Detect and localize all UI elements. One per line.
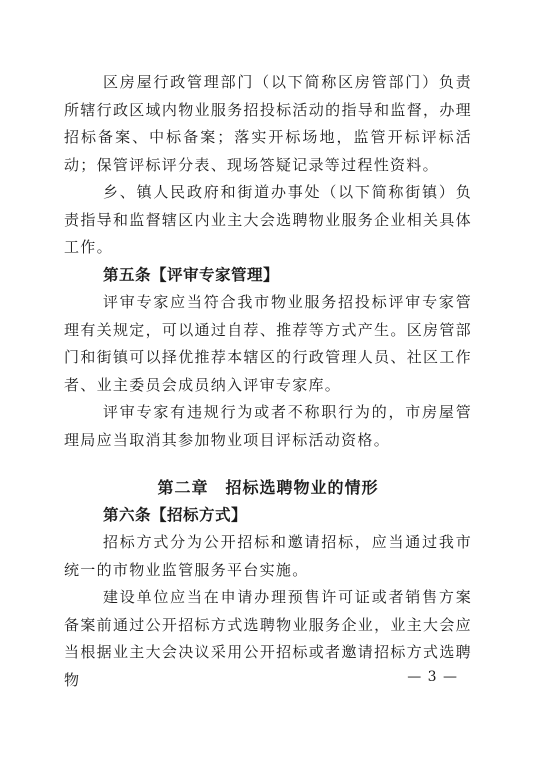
article-heading-article-6: 第六条【招标方式】 bbox=[64, 502, 472, 530]
page-number: — 3 — bbox=[407, 668, 458, 686]
document-body: 区房屋行政管理部门（以下简称区房管部门）负责所辖行政区域内物业服务招投标活动的指… bbox=[64, 69, 472, 694]
paragraph-bidding-methods: 招标方式分为公开招标和邀请招标，应当通过我市统一的市物业监管服务平台实施。 bbox=[64, 529, 472, 584]
paragraph-expert-qualification: 评审专家应当符合我市物业服务招投标评审专家管理有关规定，可以通过自荐、推荐等方式… bbox=[64, 289, 472, 399]
document-page: 区房屋行政管理部门（以下简称区房管部门）负责所辖行政区域内物业服务招投标活动的指… bbox=[0, 0, 540, 763]
chapter-heading-chapter-2: 第二章 招标选聘物业的情形 bbox=[64, 474, 472, 502]
paragraph-district-housing-dept-duties: 区房屋行政管理部门（以下简称区房管部门）负责所辖行政区域内物业服务招投标活动的指… bbox=[64, 69, 472, 179]
paragraph-town-street-duties: 乡、镇人民政府和街道办事处（以下简称街镇）负责指导和监督辖区内业主大会选聘物业服… bbox=[64, 179, 472, 262]
paragraph-expert-violation: 评审专家有违规行为或者不称职行为的，市房屋管理局应当取消其参加物业项目评标活动资… bbox=[64, 399, 472, 454]
article-heading-article-5: 第五条【评审专家管理】 bbox=[64, 262, 472, 290]
